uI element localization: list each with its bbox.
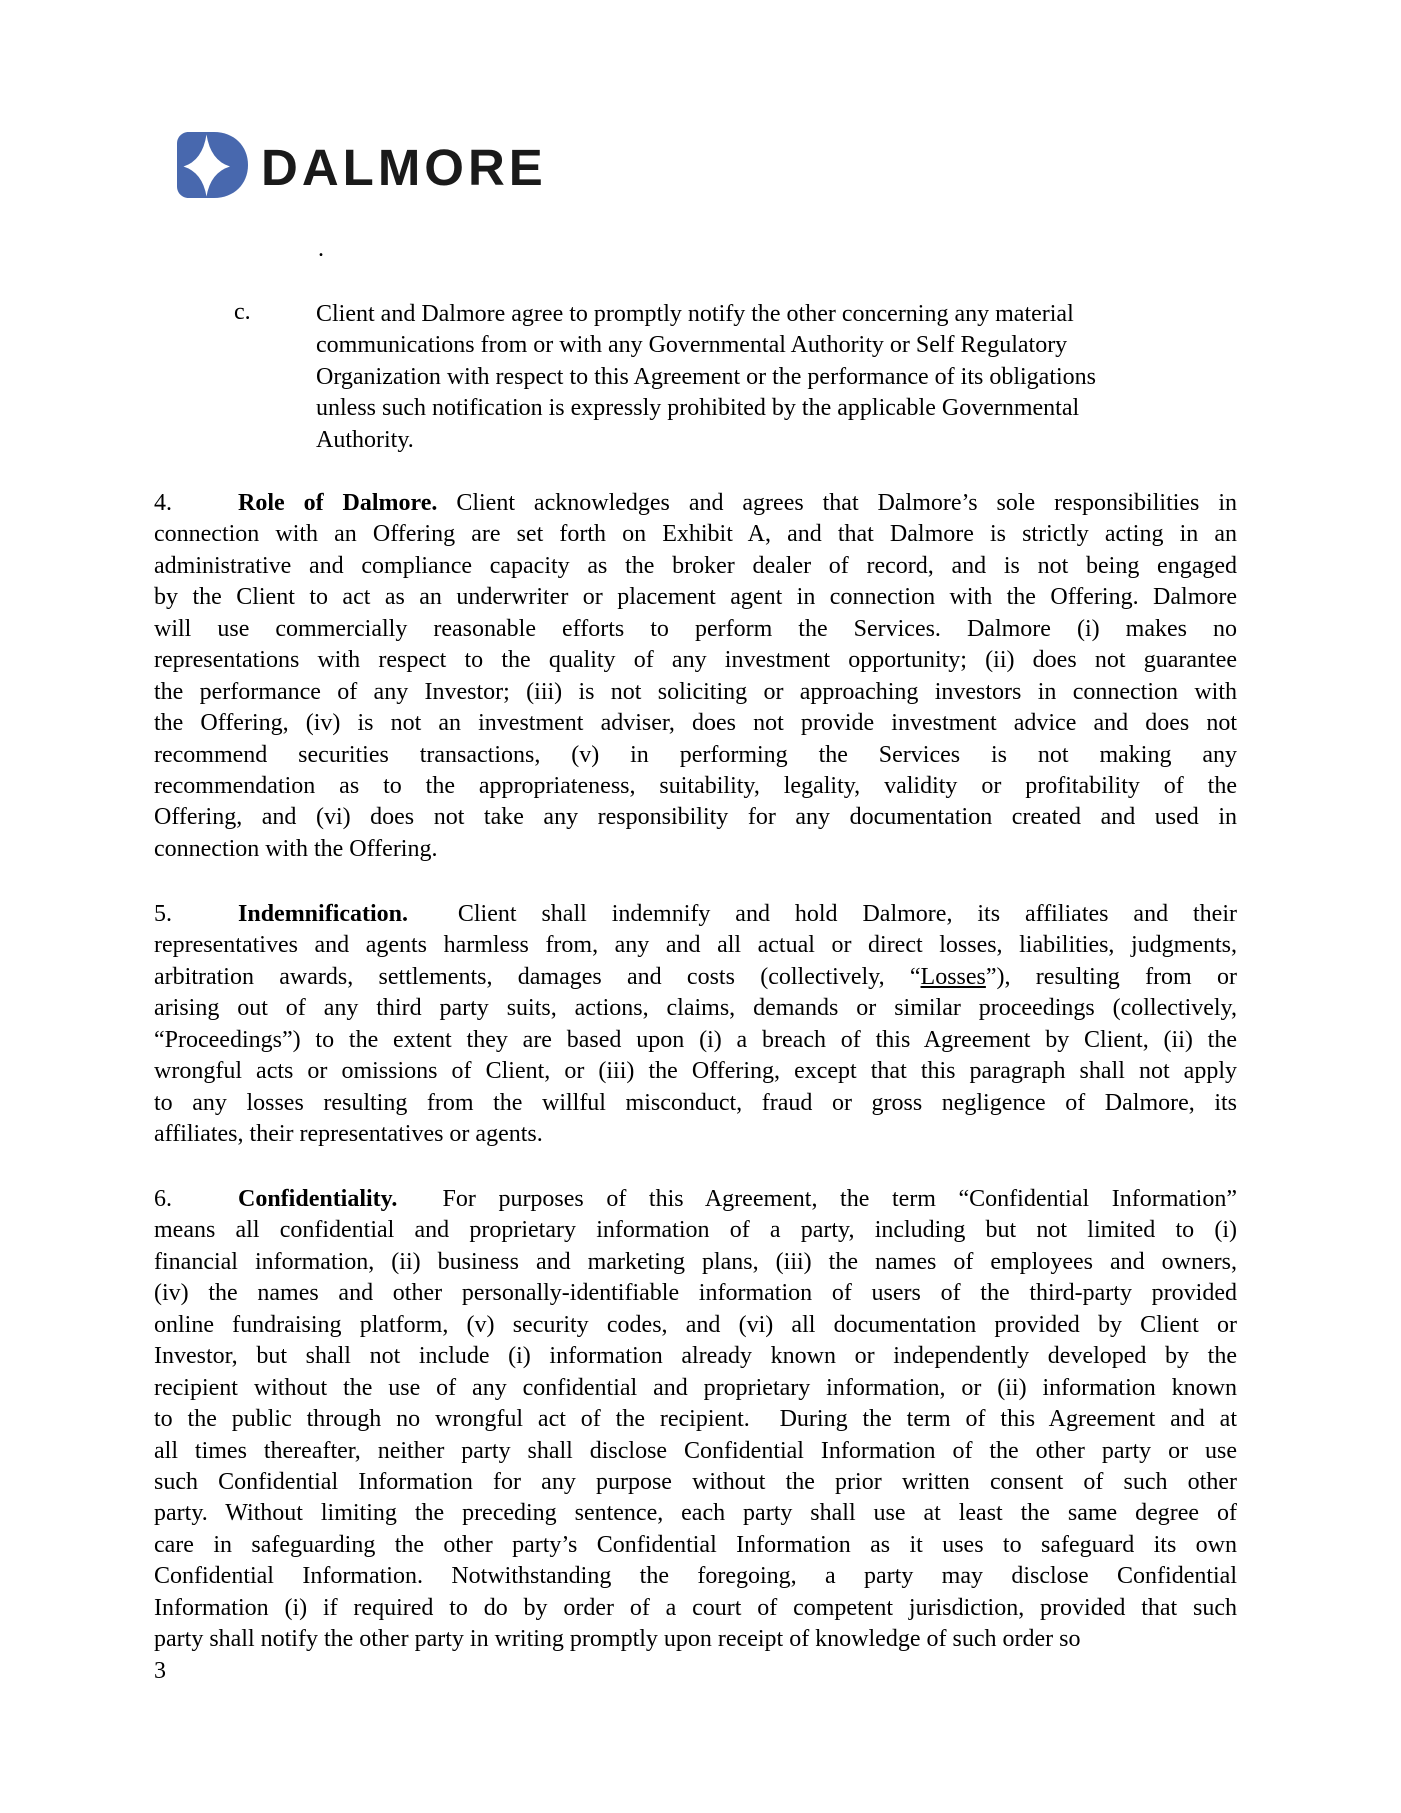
clause-c-lines: Client and Dalmore agree to promptly not…: [316, 299, 1126, 456]
text-line: care in safeguarding the other party’s C…: [154, 1530, 1237, 1561]
text-segment: ”), resulting from or: [986, 964, 1237, 990]
text-line: Confidential Information. Notwithstandin…: [154, 1561, 1237, 1592]
section-heading: Confidentiality.: [238, 1186, 397, 1212]
text-line: representations with respect to the qual…: [154, 645, 1237, 676]
text-line: 4.Role of Dalmore. Client acknowledges a…: [154, 488, 1237, 519]
text-segment: recommendation as to the appropriateness…: [154, 773, 1237, 799]
section-number: 6.: [154, 1184, 238, 1215]
clause-c-paragraph: c. Client and Dalmore agree to promptly …: [316, 299, 1126, 456]
text-line: party shall notify the other party in wr…: [154, 1624, 1237, 1655]
text-segment: wrongful acts or omissions of Client, or…: [154, 1058, 1237, 1084]
text-line: connection with an Offering are set fort…: [154, 519, 1237, 550]
dalmore-logo: DALMORE: [177, 133, 547, 201]
text-segment: representations with respect to the qual…: [154, 647, 1237, 673]
text-line: 5.Indemnification. Client shall indemnif…: [154, 899, 1237, 930]
text-line: arising out of any third party suits, ac…: [154, 993, 1237, 1024]
text-line: Organization with respect to this Agreem…: [316, 362, 1126, 393]
text-line: Information (i) if required to do by ord…: [154, 1593, 1237, 1624]
text-segment: affiliates, their representatives or age…: [154, 1121, 543, 1147]
text-line: will use commercially reasonable efforts…: [154, 614, 1237, 645]
text-segment: Investor, but shall not include (i) info…: [154, 1343, 1237, 1369]
text-segment: arising out of any third party suits, ac…: [154, 995, 1237, 1021]
text-segment: Client shall indemnify and hold Dalmore,…: [408, 901, 1237, 927]
text-segment: financial information, (ii) business and…: [154, 1249, 1237, 1275]
text-line: recommend securities transactions, (v) i…: [154, 740, 1237, 771]
text-line: means all confidential and proprietary i…: [154, 1215, 1237, 1246]
text-line: all times thereafter, neither party shal…: [154, 1436, 1237, 1467]
text-segment: to the public through no wrongful act of…: [154, 1406, 1237, 1432]
text-segment: care in safeguarding the other party’s C…: [154, 1532, 1237, 1558]
text-line: Client and Dalmore agree to promptly not…: [316, 299, 1126, 330]
brand-name: DALMORE: [261, 138, 547, 197]
text-segment: party. Without limiting the preceding se…: [154, 1500, 1237, 1526]
text-segment: means all confidential and proprietary i…: [154, 1217, 1237, 1243]
text-segment: For purposes of this Agreement, the term…: [397, 1186, 1237, 1212]
section-role-of-dalmore: 4.Role of Dalmore. Client acknowledges a…: [154, 488, 1237, 865]
text-line: recommendation as to the appropriateness…: [154, 771, 1237, 802]
text-segment: “Proceedings”) to the extent they are ba…: [154, 1027, 1237, 1053]
text-line: administrative and compliance capacity a…: [154, 551, 1237, 582]
text-segment: will use commercially reasonable efforts…: [154, 616, 1237, 642]
text-segment: the performance of any Investor; (iii) i…: [154, 679, 1237, 705]
text-line: representatives and agents harmless from…: [154, 930, 1237, 961]
text-line: recipient without the use of any confide…: [154, 1373, 1237, 1404]
text-line: online fundraising platform, (v) securit…: [154, 1310, 1237, 1341]
text-segment: by the Client to act as an underwriter o…: [154, 584, 1237, 610]
section-indemnification: 5.Indemnification. Client shall indemnif…: [154, 899, 1237, 1151]
text-segment: online fundraising platform, (v) securit…: [154, 1312, 1237, 1338]
text-line: 6.Confidentiality. For purposes of this …: [154, 1184, 1237, 1215]
text-segment: all times thereafter, neither party shal…: [154, 1438, 1237, 1464]
text-line: such Confidential Information for any pu…: [154, 1467, 1237, 1498]
text-line: (iv) the names and other personally-iden…: [154, 1278, 1237, 1309]
text-segment: Offering, and (vi) does not take any res…: [154, 804, 1237, 830]
text-line: wrongful acts or omissions of Client, or…: [154, 1056, 1237, 1087]
text-line: the Offering, (iv) is not an investment …: [154, 708, 1237, 739]
section-heading: Role of Dalmore.: [238, 490, 437, 516]
page-number: 3: [154, 1656, 166, 1687]
section-confidentiality: 6.Confidentiality. For purposes of this …: [154, 1184, 1237, 1656]
text-line: arbitration awards, settlements, damages…: [154, 962, 1237, 993]
document-page: DALMORE . c. Client and Dalmore agree to…: [0, 0, 1401, 1813]
text-segment: the Offering, (iv) is not an investment …: [154, 710, 1237, 736]
text-line: Authority.: [316, 425, 1126, 456]
text-segment: Client acknowledges and agrees that Dalm…: [437, 490, 1237, 516]
dalmore-sparkle-d-icon: [177, 132, 248, 203]
section-heading: Indemnification.: [238, 901, 408, 927]
text-line: connection with the Offering.: [154, 834, 1237, 865]
text-line: by the Client to act as an underwriter o…: [154, 582, 1237, 613]
text-line: to any losses resulting from the willful…: [154, 1088, 1237, 1119]
text-line: party. Without limiting the preceding se…: [154, 1498, 1237, 1529]
underlined-term: Losses: [921, 964, 986, 990]
clause-c-label: c.: [234, 299, 251, 326]
section-number: 4.: [154, 488, 238, 519]
text-line: Offering, and (vi) does not take any res…: [154, 802, 1237, 833]
text-segment: administrative and compliance capacity a…: [154, 553, 1237, 579]
text-segment: Information (i) if required to do by ord…: [154, 1595, 1237, 1621]
text-line: financial information, (ii) business and…: [154, 1247, 1237, 1278]
section-number: 5.: [154, 899, 238, 930]
text-segment: recipient without the use of any confide…: [154, 1375, 1237, 1401]
text-segment: arbitration awards, settlements, damages…: [154, 964, 921, 990]
text-segment: connection with an Offering are set fort…: [154, 521, 1237, 547]
text-line: “Proceedings”) to the extent they are ba…: [154, 1025, 1237, 1056]
text-line: the performance of any Investor; (iii) i…: [154, 677, 1237, 708]
text-segment: (iv) the names and other personally-iden…: [154, 1280, 1237, 1306]
text-line: Investor, but shall not include (i) info…: [154, 1341, 1237, 1372]
text-segment: recommend securities transactions, (v) i…: [154, 742, 1237, 768]
text-segment: connection with the Offering.: [154, 836, 437, 862]
text-line: affiliates, their representatives or age…: [154, 1119, 1237, 1150]
text-segment: representatives and agents harmless from…: [154, 932, 1237, 958]
stray-period: .: [318, 236, 324, 263]
text-segment: party shall notify the other party in wr…: [154, 1626, 1080, 1652]
text-line: unless such notification is expressly pr…: [316, 393, 1126, 424]
text-segment: to any losses resulting from the willful…: [154, 1090, 1237, 1116]
text-line: to the public through no wrongful act of…: [154, 1404, 1237, 1435]
text-segment: such Confidential Information for any pu…: [154, 1469, 1237, 1495]
text-segment: Confidential Information. Notwithstandin…: [154, 1563, 1237, 1589]
text-line: communications from or with any Governme…: [316, 330, 1126, 361]
